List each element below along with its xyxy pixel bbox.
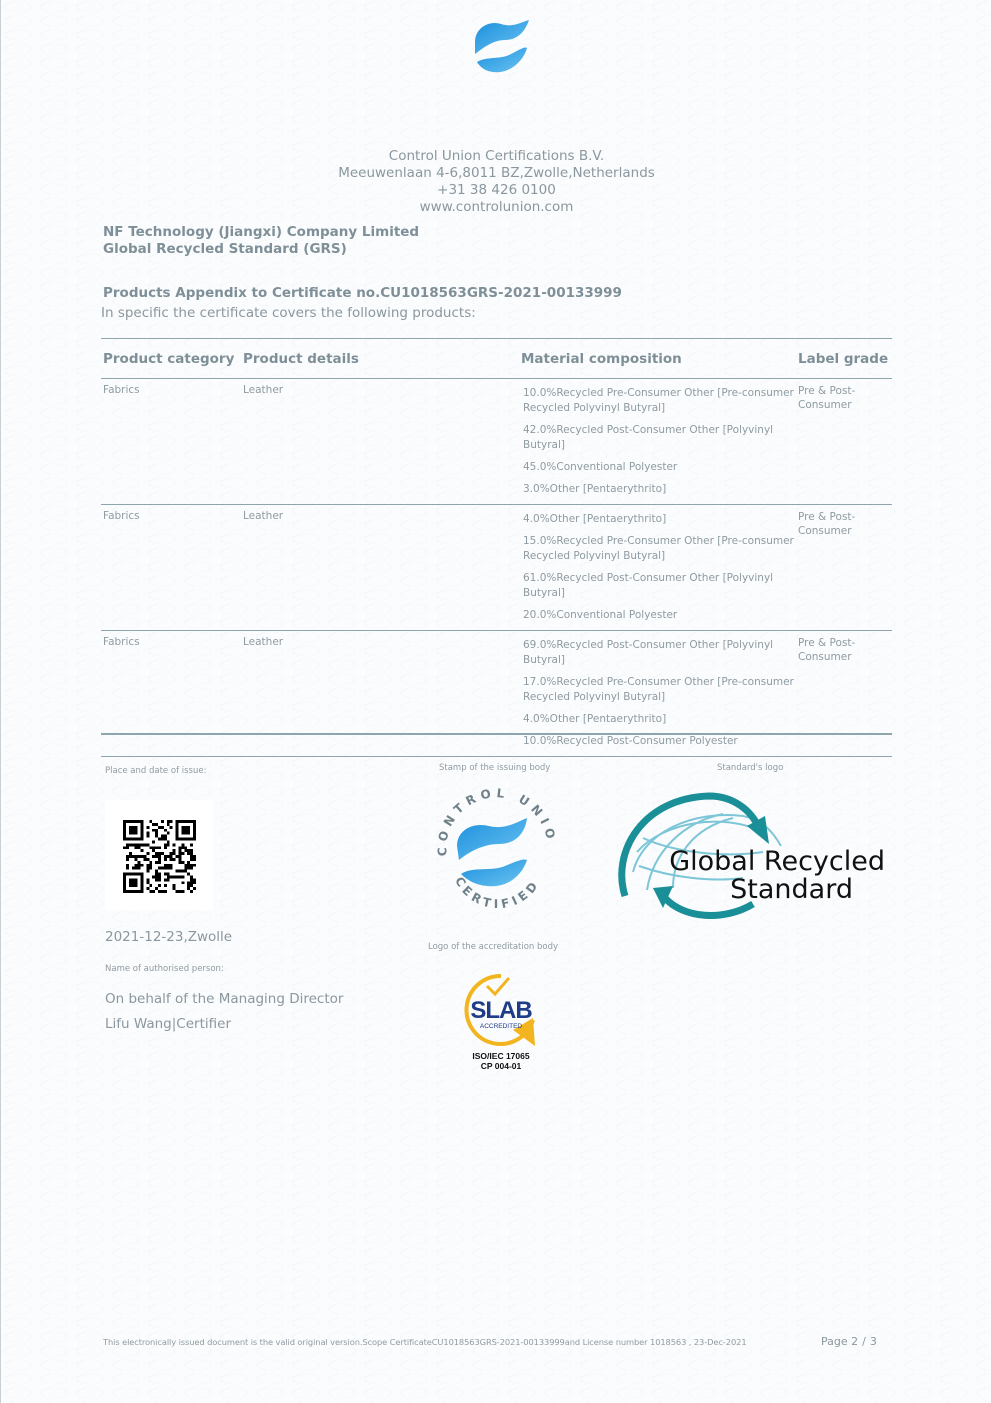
composition-item: 15.0%Recycled Pre-Consumer Other [Pre-co…: [523, 532, 798, 564]
issue-place-date: 2021-12-23,Zwolle: [105, 929, 232, 945]
appendix-subtitle: In specific the certificate covers the f…: [101, 305, 476, 321]
composition-item: 45.0%Conventional Polyester: [523, 458, 798, 475]
cell-label-grade: Pre & Post-Consumer: [798, 510, 892, 628]
standard-logo-label: Standard's logo: [717, 763, 783, 773]
composition-item: 20.0%Conventional Polyester: [523, 606, 798, 623]
composition-item: 10.0%Recycled Pre-Consumer Other [Pre-co…: [523, 384, 798, 416]
accreditation-label: Logo of the accreditation body: [428, 942, 558, 952]
table-row: FabricsLeather4.0%Other [Pentaerythrito]…: [101, 505, 892, 631]
cell-label-grade: Pre & Post-Consumer: [798, 636, 892, 754]
svg-text:CONTROL UNION: CONTROL UNION: [429, 788, 559, 856]
products-table: Product category Product details Materia…: [101, 338, 892, 757]
table-header: Product category Product details Materia…: [101, 338, 892, 379]
standard-name: Global Recycled Standard (GRS): [103, 241, 419, 258]
company-name: NF Technology (Jiangxi) Company Limited: [103, 224, 419, 241]
issuer-address-block: Control Union Certifications B.V. Meeuwe…: [1, 148, 991, 216]
grs-line-1: Global Recycled: [663, 848, 885, 876]
page-current: Page 2: [821, 1335, 858, 1348]
on-behalf-text: On behalf of the Managing Director: [105, 991, 343, 1007]
svg-text:SLAB: SLAB: [470, 997, 532, 1024]
grs-logo-text: Global Recycled Standard: [663, 848, 885, 904]
cell-product-category: Fabrics: [101, 636, 243, 754]
table-row: FabricsLeather69.0%Recycled Post-Consume…: [101, 631, 892, 757]
authorised-person-label: Name of authorised person:: [105, 964, 224, 974]
table-row: FabricsLeather10.0%Recycled Pre-Consumer…: [101, 379, 892, 505]
composition-item: 4.0%Other [Pentaerythrito]: [523, 710, 798, 727]
page-indicator: Page 2/3: [821, 1335, 877, 1348]
grs-line-2: Standard: [663, 876, 885, 904]
composition-item: 61.0%Recycled Post-Consumer Other [Polyv…: [523, 569, 798, 601]
certificate-holder: NF Technology (Jiangxi) Company Limited …: [103, 224, 419, 258]
footer-validity-text: This electronically issued document is t…: [103, 1337, 747, 1347]
cell-material-composition: 4.0%Other [Pentaerythrito]15.0%Recycled …: [521, 510, 798, 628]
header-label-grade: Label grade: [798, 351, 892, 367]
page-total: 3: [870, 1335, 877, 1348]
cell-product-details: Leather: [243, 510, 521, 628]
composition-item: 42.0%Recycled Post-Consumer Other [Polyv…: [523, 421, 798, 453]
cell-label-grade: Pre & Post-Consumer: [798, 384, 892, 502]
cell-product-category: Fabrics: [101, 510, 243, 628]
iso-line-1: ISO/IEC 17065: [441, 1051, 561, 1061]
certifier-name: Lifu Wang|Certifier: [105, 1016, 231, 1032]
slab-accredited-logo: SLAB ACCREDITED: [461, 972, 541, 1048]
composition-item: 10.0%Recycled Post-Consumer Polyester: [523, 732, 798, 749]
cell-product-details: Leather: [243, 636, 521, 754]
cell-material-composition: 10.0%Recycled Pre-Consumer Other [Pre-co…: [521, 384, 798, 502]
iso-accreditation-text: ISO/IEC 17065 CP 004-01: [441, 1051, 561, 1071]
composition-item: 3.0%Other [Pentaerythrito]: [523, 480, 798, 497]
header-material-composition: Material composition: [521, 351, 798, 367]
composition-item: 69.0%Recycled Post-Consumer Other [Polyv…: [523, 636, 798, 668]
issuer-name: Control Union Certifications B.V.: [1, 148, 991, 165]
iso-line-2: CP 004-01: [441, 1061, 561, 1071]
header-product-details: Product details: [243, 351, 521, 367]
qr-code-icon[interactable]: [123, 820, 196, 893]
composition-item: 4.0%Other [Pentaerythrito]: [523, 510, 798, 527]
control-union-certified-stamp: CONTROL UNION CERTIFIED: [429, 788, 559, 918]
cell-material-composition: 69.0%Recycled Post-Consumer Other [Polyv…: [521, 636, 798, 754]
stamp-label: Stamp of the issuing body: [439, 763, 550, 773]
table-end-rule: [101, 733, 892, 735]
cell-product-category: Fabrics: [101, 384, 243, 502]
header-product-category: Product category: [101, 351, 243, 367]
issuer-website: www.controlunion.com: [1, 199, 991, 216]
svg-text:ACCREDITED: ACCREDITED: [480, 1023, 523, 1030]
appendix-title: Products Appendix to Certificate no.CU10…: [103, 285, 622, 301]
composition-item: 17.0%Recycled Pre-Consumer Other [Pre-co…: [523, 673, 798, 705]
issuer-address: Meeuwenlaan 4-6,8011 BZ,Zwolle,Netherlan…: [1, 165, 991, 182]
cell-product-details: Leather: [243, 384, 521, 502]
place-date-label: Place and date of issue:: [105, 766, 206, 776]
issuer-phone: +31 38 426 0100: [1, 182, 991, 199]
control-union-logo: [469, 18, 531, 76]
